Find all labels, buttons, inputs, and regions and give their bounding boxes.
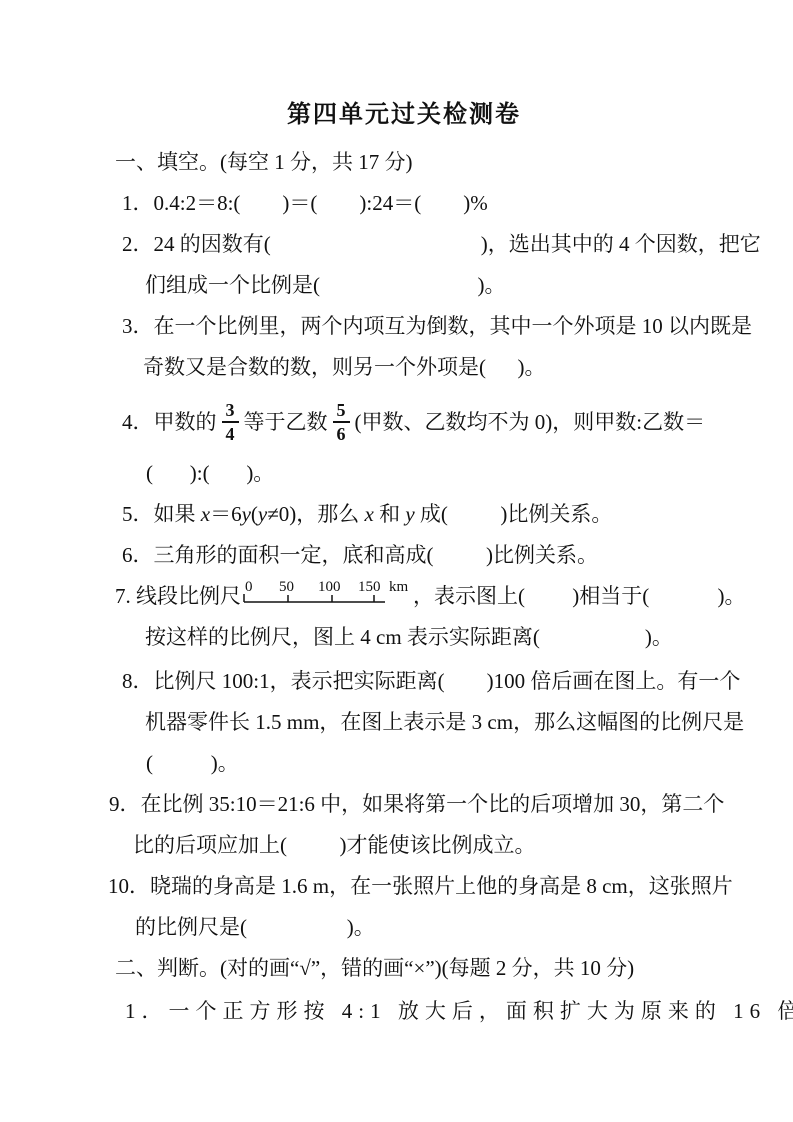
variable-y: y	[405, 502, 414, 526]
fraction-numerator: 3	[222, 401, 239, 423]
question-4-pre: 4．甲数的	[122, 410, 217, 434]
question-2-line-2: 们组成一个比例是( )。	[145, 265, 693, 306]
question-4-mid: 等于乙数	[244, 410, 328, 434]
section2-question-1: 1．一个正方形按 4:1 放大后，面积扩大为原来的 16 倍。	[125, 991, 693, 1032]
scale-label-50: 50	[279, 579, 294, 595]
fraction-numerator: 5	[333, 401, 350, 423]
question-7-line-1: 7. 线段比例尺050100150km，表示图上( )相当于( )。	[115, 576, 693, 617]
question-8-line-2: 机器零件长 1.5 mm，在图上表示是 3 cm，那么这幅图的比例尺是	[145, 702, 693, 743]
question-7-pre: 7. 线段比例尺	[115, 584, 241, 608]
fraction-denominator: 6	[333, 423, 350, 443]
variable-x: x	[201, 502, 210, 526]
question-9-line-2: 比的后项应加上( )才能使该比例成立。	[133, 825, 693, 866]
question-10-line-2: 的比例尺是( )。	[135, 907, 693, 948]
question-8-line-3: ( )。	[146, 743, 693, 784]
variable-x: x	[365, 502, 374, 526]
question-7-line-2: 按这样的比例尺，图上 4 cm 表示实际距离( )。	[145, 617, 693, 658]
section1-heading: 一、填空。(每空 1 分，共 17 分)	[115, 142, 693, 183]
question-5-text: 5．如果	[122, 502, 201, 526]
section2-heading: 二、判断。(对的画“√”，错的画“×”)(每题 2 分，共 10 分)	[115, 948, 693, 989]
question-4-line-1: 4．甲数的34等于乙数56(甲数、乙数均不为 0)，则甲数:乙数＝	[122, 393, 693, 451]
question-5-text: (	[251, 502, 258, 526]
question-4-post: (甲数、乙数均不为 0)，则甲数:乙数＝	[355, 410, 706, 434]
scale-label-0: 0	[245, 579, 253, 595]
question-2-line-1: 2．24 的因数有( )，选出其中的 4 个因数，把它	[122, 224, 693, 265]
question-1: 1．0.4:2＝8:( )＝( ):24＝( )%	[122, 183, 693, 224]
question-5-text: 和	[374, 502, 406, 526]
test-paper-page: 第四单元过关检测卷 一、填空。(每空 1 分，共 17 分) 1．0.4:2＝8…	[0, 0, 793, 1122]
question-5: 5．如果 x＝6y(y≠0)，那么 x 和 y 成( )比例关系。	[122, 494, 693, 535]
question-4-line-2: ( ):( )。	[146, 453, 693, 494]
question-6: 6．三角形的面积一定，底和高成( )比例关系。	[122, 535, 693, 576]
fraction-five-sixths: 56	[333, 401, 350, 443]
question-3-line-1: 3．在一个比例里，两个内项互为倒数，其中一个外项是 10 以内既是	[122, 306, 693, 347]
question-8-line-1: 8．比例尺 100:1，表示把实际距离( )100 倍后画在图上。有一个	[122, 661, 693, 702]
question-3-line-2: 奇数又是合数的数，则另一个外项是( )。	[143, 347, 693, 388]
question-9-line-1: 9．在比例 35:10＝21:6 中，如果将第一个比的后项增加 30，第二个	[109, 784, 693, 825]
map-scale-bar: 050100150km	[242, 578, 412, 608]
variable-y: y	[258, 502, 267, 526]
scale-unit-km: km	[389, 579, 409, 595]
question-5-text: ≠0)，那么	[267, 502, 364, 526]
page-title: 第四单元过关检测卷	[115, 94, 693, 129]
question-10-line-1: 10．晓瑞的身高是 1.6 m，在一张照片上他的身高是 8 cm，这张照片	[108, 866, 693, 907]
variable-y: y	[242, 502, 251, 526]
scale-label-150: 150	[358, 579, 381, 595]
question-5-text: ＝6	[210, 502, 242, 526]
question-5-text: 成( )比例关系。	[415, 502, 613, 526]
fraction-three-fourths: 34	[222, 401, 239, 443]
question-7-post: ，表示图上( )相当于( )。	[413, 584, 745, 608]
scale-label-100: 100	[318, 579, 341, 595]
fraction-denominator: 4	[222, 423, 239, 443]
